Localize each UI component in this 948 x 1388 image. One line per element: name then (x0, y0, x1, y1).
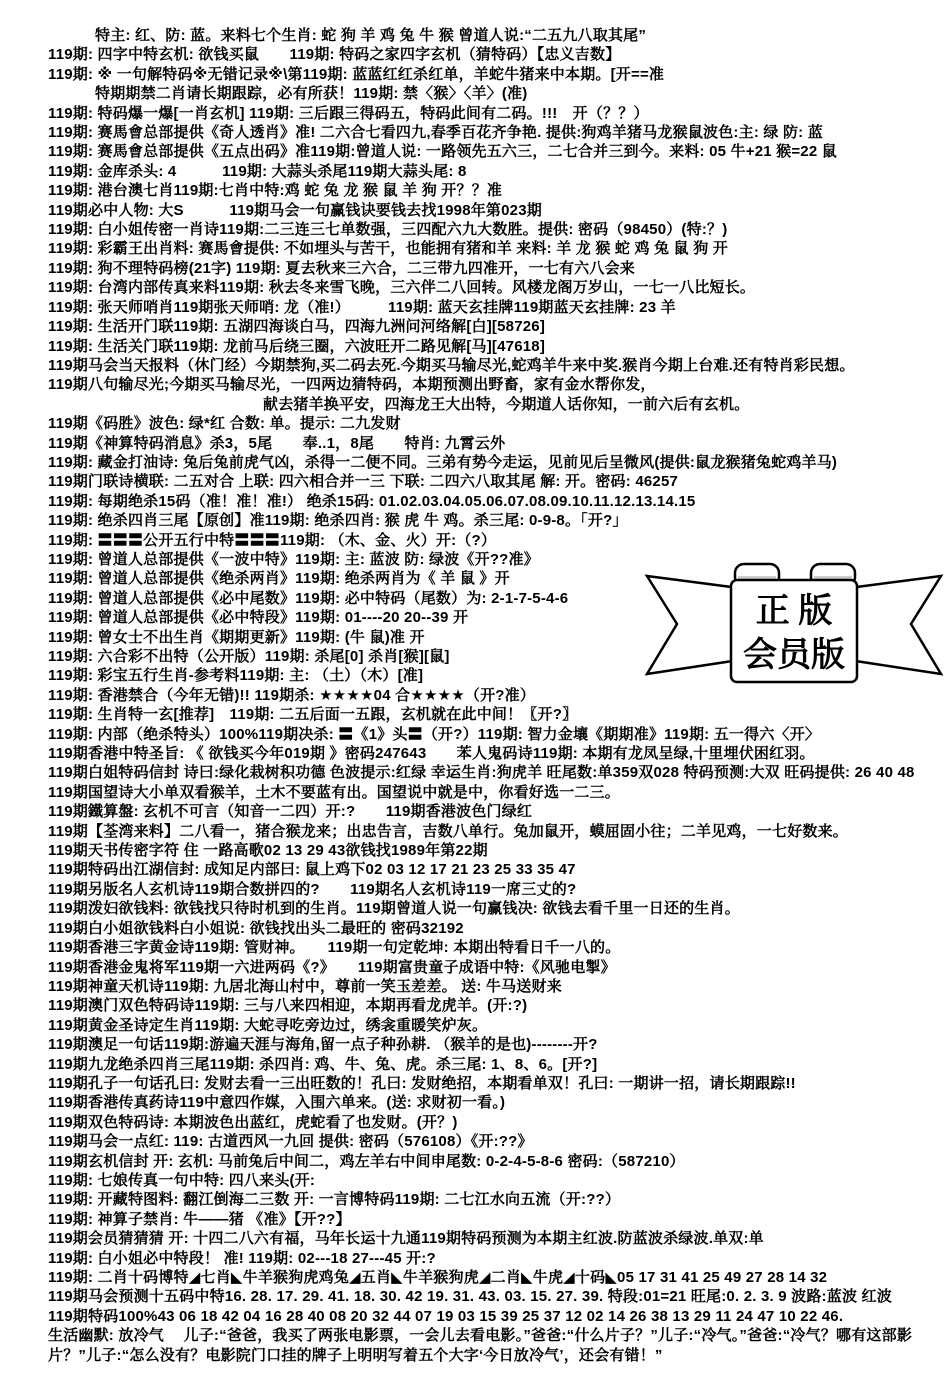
text-line: 119期: 藏金打油诗: 兔后兔前虎气凶，杀得一二便不同。三弟有势今走运，见前见… (0, 453, 948, 472)
text-line: 119期白小姐欲钱料白小姐说: 欲钱找出头二最旺的 密码32192 (0, 919, 948, 938)
ribbon-text-line2: 会员版 (743, 636, 845, 674)
text-line: 特主: 红、防: 蓝。来料七个生肖: 蛇 狗 羊 鸡 兔 牛 猴 曾道人说:“二… (0, 26, 948, 45)
text-line: 119期: 四字中特玄机: 欲钱买鼠 119期: 特码之家四字玄机（猜特码）【忠… (0, 45, 948, 64)
text-line: 119期另版名人玄机诗119期合数拼四的? 119期名人玄机诗119一席三丈的? (0, 880, 948, 899)
text-line: 119期: 白小姐必中特段！ 准! 119期: 02---18 27---45 … (0, 1249, 948, 1268)
ribbon-right-tail (849, 576, 941, 674)
text-line: 119期: 二肖十码博特◢七肖◣牛羊猴狗虎鸡兔◢五肖◣牛羊猴狗虎◢二肖◣牛虎◢十… (0, 1268, 948, 1287)
text-line: 119期白姐特码信封 诗曰:绿化栽树积功德 色波提示:红绿 幸运生肖:狗虎羊 旺… (0, 763, 948, 782)
text-line: 119期鐵算盤: 玄机不可言（知音一二四）开:? 119期香港波色门绿红 (0, 802, 948, 821)
text-line: 119期: 狗不理特码榜(21字) 119期: 夏去秋来三六合，二三带九四准开，… (0, 259, 948, 278)
text-line: 119期《码胜》波色: 绿*红 合数: 单。提示: 二九发财 (0, 414, 948, 433)
text-line: 119期: 白小姐传密一肖诗119期:二三连三七单数强，三四配六九大数胜。提供:… (0, 220, 948, 239)
text-line: 119期: 神算子禁肖: 牛——猪 《准》【开??】 (0, 1210, 948, 1229)
text-line: 119期会员猜猜猜 开: 十四二八六有福，马年长运十九通119期特码预测为本期主… (0, 1229, 948, 1248)
text-line: 119期门联诗横联: 二五对合 上联: 四六相合并一三 下联: 二四六八取其尾 … (0, 472, 948, 491)
text-line: 119期九龙绝杀四肖三尾119期: 杀四肖: 鸡、牛、兔、虎。杀三尾: 1、8、… (0, 1055, 948, 1074)
text-line: 生活幽默: 放冷气 儿子:“爸爸，我买了两张电影票，一会儿去看电影。”爸爸:“什… (0, 1326, 948, 1365)
text-line: 119期: 金库杀头: 4 119期: 大蒜头杀尾119期大蒜头尾: 8 (0, 162, 948, 181)
text-line: 特期期禁二肖请长期跟踪，必有所获！119期: 禁〈猴〉〈羊〉(准) (0, 84, 948, 103)
text-line: 119期: 内部（绝杀特头）100%119期决杀: 〓《1》头〓（开?）119期… (0, 725, 948, 744)
text-line: 119期香港传真药诗119中意四作媒，入围六单来。(送: 求财初一看。) (0, 1093, 948, 1112)
text-line: 119期澳门双色特码诗119期: 三与八来四相迎，本期再看龙虎羊。(开:?) (0, 996, 948, 1015)
text-line: 119期神童天机诗119期: 九居北海山村中，尊前一笑玉差差。 送: 牛马送财来 (0, 977, 948, 996)
text-line: 119期: 绝杀四肖三尾【原创】准119期: 绝杀四肖: 猴 虎 牛 鸡。杀三尾… (0, 511, 948, 530)
ribbon-text-line1: 正 版 (756, 592, 833, 630)
text-line: 119期香港金鬼将军119期一六进两码《?》 119期富贵童子成语中特:《风驰电… (0, 958, 948, 977)
text-line: 119期黄金圣诗定生肖119期: 大蛇寻吃旁边过，绣衾重暖笑炉灰。 (0, 1016, 948, 1035)
text-line: 119期双色特码诗: 本期波色出蓝红，虎蛇看了也发财。(开？) (0, 1113, 948, 1132)
text-line: 119期: 赛馬會总部提供《五点出码》准119期:曾道人说: 一路领先五六三，二… (0, 142, 948, 161)
text-line: 119期香港三字黄金诗119期: 管财神。 119期一句定乾坤: 本期出特看日千… (0, 938, 948, 957)
text-line: 119期【荃湾来料】二八看一，猪合猴龙来；出忠告言，吉数八单行。兔加鼠开，蟆屈固… (0, 822, 948, 841)
text-line: 119期: 台湾内部传真来料119期: 秋去冬来雪飞晚，三六伴二八回转。风楼龙阁… (0, 278, 948, 297)
text-line: 119期必中人物: 大S 119期马会一句赢钱诀要钱去找1998年第023期 (0, 201, 948, 220)
text-line: 119期香港中特圣旨: 《 欲钱买今年019期 》密码247643 苯人鬼码诗1… (0, 744, 948, 763)
tip-sheet-document: 特主: 红、防: 蓝。来料七个生肖: 蛇 狗 羊 鸡 兔 牛 猴 曾道人说:“二… (0, 26, 948, 1365)
text-line: 119期八句输尽光;今期买马输尽光，一四两边猜特码，本期预测出野畜，家有金水帮你… (0, 375, 948, 394)
text-line: 119期马会一点红: 119: 古道西风一九回 提供: 密码（576108）《开… (0, 1132, 948, 1151)
text-line: 119期: 港台澳七肖119期:七肖中特:鸡 蛇 兔 龙 猴 鼠 羊 狗 开？？… (0, 181, 948, 200)
text-line: 119期: 彩霸王出肖料: 赛馬會提供: 不如埋头与苦干，也能拥有猪和羊 来料:… (0, 239, 948, 258)
text-line: 119期马会当天报料（休门经）今期禁狗,买二码去死.今期买马输尽光,蛇鸡羊牛来中… (0, 356, 948, 375)
member-edition-ribbon: 正 版 会员版 (643, 556, 945, 688)
text-line: 119期特码出江湖信封: 成知足内部曰: 鼠上鸡下02 03 12 17 21 … (0, 860, 948, 879)
text-line: 119期: 〓〓〓公开五行中特〓〓〓119期: （木、金、火）开:（?） (0, 531, 948, 550)
text-line: 119期澳足一句话119期:游遍天涯与海角,留一点子种孙耕. （猴羊的是也)--… (0, 1035, 948, 1054)
text-line: 119期: 特码爆一爆[一肖玄机] 119期: 三后跟三得码五，特码此间有二码。… (0, 104, 948, 123)
text-line: 119期: 生活开门联119期: 五湖四海谈白马，四海九洲问河络解[白][587… (0, 317, 948, 336)
text-line: 119期: 生肖特一玄[推荐] 119期: 二五后面一五跟，玄机就在此中间！〖开… (0, 705, 948, 724)
text-line: 119期: 每期绝杀15码（准！准！准!） 绝杀15码: 01.02.03.04… (0, 492, 948, 511)
text-line: 119期国望诗大小单双看猴羊，土木不要蓝有出。国望说中就是中，你看好选一二三。 (0, 783, 948, 802)
ribbon-left-tail (647, 576, 739, 674)
text-line: 119期泼妇欲钱料: 欲钱找只待时机到的生肖。119期曾道人说一句赢钱决: 欲钱… (0, 899, 948, 918)
text-line: 119期: 生活关门联119期: 龙前马后绕三圈，六波旺开二路见解[马][476… (0, 337, 948, 356)
text-line: 119期: 张天师哨肖119期张天师哨: 龙（准!） 119期: 蓝天玄挂牌11… (0, 298, 948, 317)
text-line: 119期: ※ 一句解特码※无错记录※\第119期: 蓝蓝红红杀红单，羊蛇牛猪来… (0, 65, 948, 84)
text-line: 119期马会预测十五码中特16. 28. 17. 29. 41. 18. 30.… (0, 1287, 948, 1306)
text-line: 119期孔子一句话孔曰: 发财去看一三出旺数的！孔曰: 发财绝招，本期看单双！孔… (0, 1074, 948, 1093)
text-line: 119期: 开藏特图料: 翻江倒海二三数 开: 一言博特码119期: 二七江水向… (0, 1190, 948, 1209)
text-line: 119期《神算特码消息》杀3，5尾 奉..1，8尾 特肖: 九霄云外 (0, 434, 948, 453)
text-line: 献去猪羊换平安，四海龙王大出特，今期道人话你知，一前六后有玄机。 (0, 395, 948, 414)
text-line: 119期: 香港禁合（今年无错)!! 119期杀: ★★★★04 合★★★★（开… (0, 686, 948, 705)
text-line: 119期玄机信封 开: 玄机: 马前兔后中间二，鸡左羊右中间申尾数: 0-2-4… (0, 1152, 948, 1171)
text-line: 119期天书传密字符 住 一路高歌02 13 29 43欲钱找1989年第22期 (0, 841, 948, 860)
text-line: 119期: 赛馬會总部提供《奇人透肖》准! 二六合七看四九,春季百花齐争艳. 提… (0, 123, 948, 142)
text-line: 119期特码100%43 06 18 42 04 16 28 40 08 20 … (0, 1307, 948, 1326)
text-line: 119期: 七娘传真一句中特: 四八来头(开: (0, 1171, 948, 1190)
